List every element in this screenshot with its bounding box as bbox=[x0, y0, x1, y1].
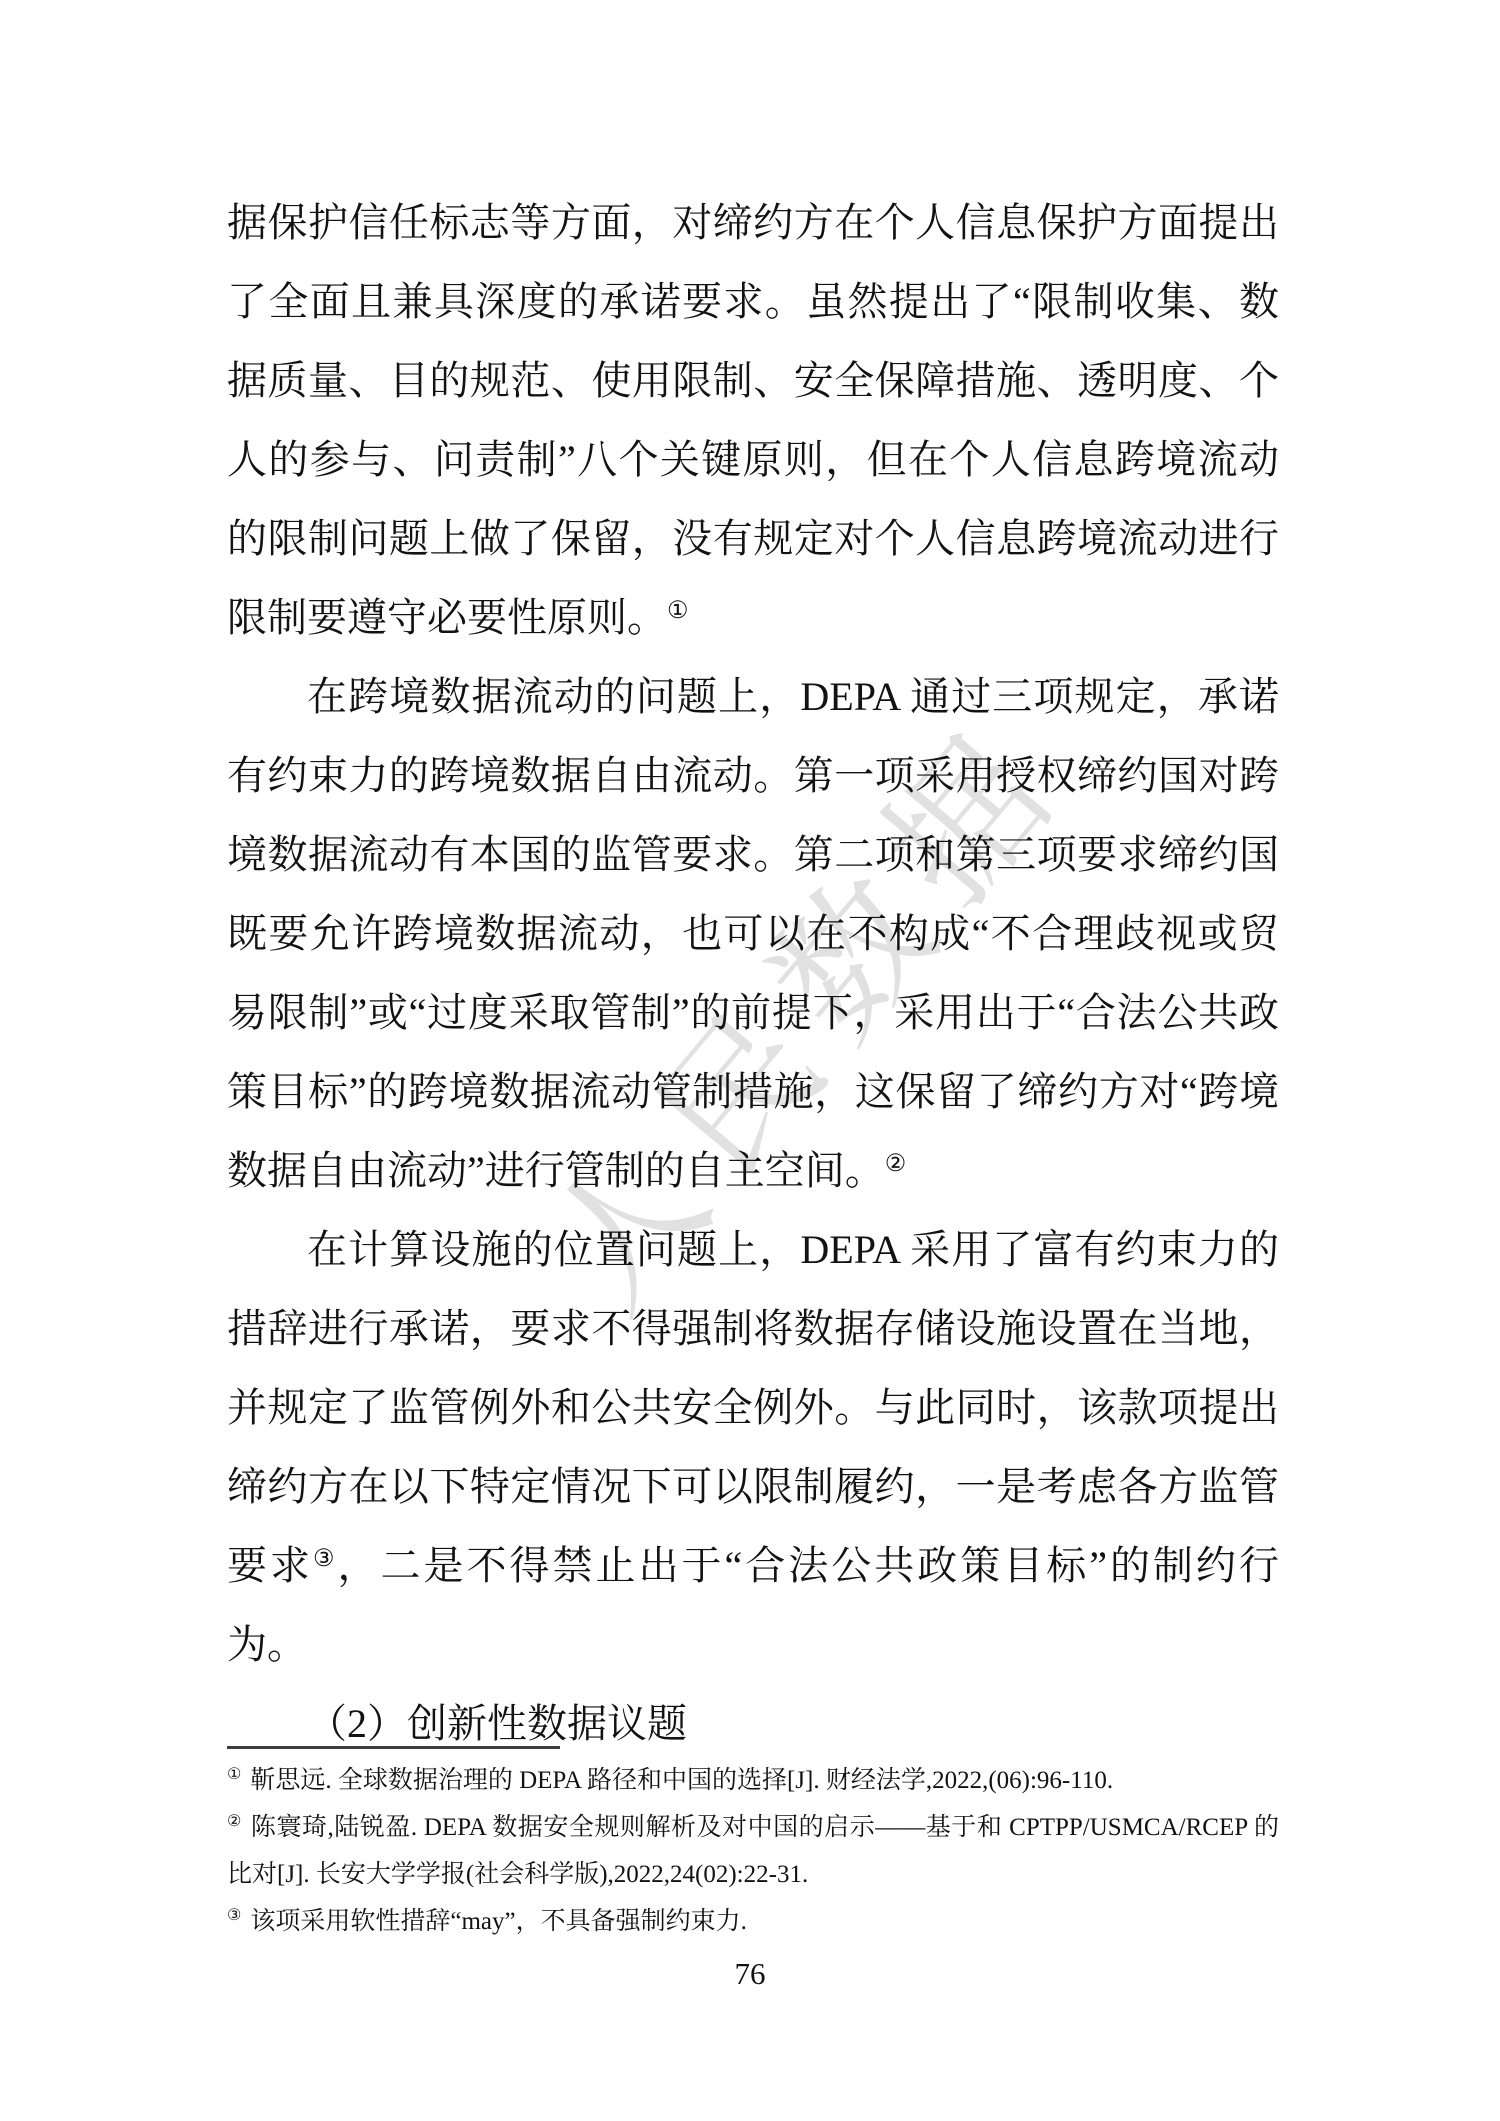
paragraph-3: 在计算设施的位置问题上，DEPA 采用了富有约束力的措辞进行承诺，要求不得强制将… bbox=[227, 1210, 1279, 1684]
paragraph-1: 据保护信任标志等方面，对缔约方在个人信息保护方面提出了全面且兼具深度的承诺要求。… bbox=[227, 183, 1279, 657]
footnote-ref-1: ① bbox=[667, 598, 689, 624]
body-text: 据保护信任标志等方面，对缔约方在个人信息保护方面提出了全面且兼具深度的承诺要求。… bbox=[227, 183, 1279, 1763]
footnote-3-marker: ③ bbox=[227, 1907, 241, 1924]
document-page: 人民数据 据保护信任标志等方面，对缔约方在个人信息保护方面提出了全面且兼具深度的… bbox=[0, 0, 1500, 2121]
footnote-3-text: 该项采用软性措辞“may”，不具备强制约束力. bbox=[250, 1908, 747, 1935]
paragraph-2: 在跨境数据流动的问题上，DEPA 通过三项规定，承诺有约束力的跨境数据自由流动。… bbox=[227, 657, 1279, 1210]
footnote-1: ①靳思远. 全球数据治理的 DEPA 路径和中国的选择[J]. 财经法学,202… bbox=[227, 1757, 1279, 1804]
paragraph-1-text: 据保护信任标志等方面，对缔约方在个人信息保护方面提出了全面且兼具深度的承诺要求。… bbox=[227, 200, 1279, 640]
paragraph-2-text: 在跨境数据流动的问题上，DEPA 通过三项规定，承诺有约束力的跨境数据自由流动。… bbox=[227, 674, 1279, 1193]
footnote-2-marker: ② bbox=[227, 1813, 242, 1830]
footnote-separator bbox=[227, 1746, 560, 1749]
paragraph-4-heading: （2）创新性数据议题 bbox=[227, 1684, 1279, 1763]
footnote-2-text: 陈寰琦,陆锐盈. DEPA 数据安全规则解析及对中国的启示——基于和 CPTPP… bbox=[227, 1814, 1279, 1888]
footnote-ref-2: ② bbox=[885, 1151, 907, 1177]
paragraph-3-text-b: ，二是不得禁止出于“合法公共政策目标”的制约行为。 bbox=[227, 1543, 1279, 1667]
paragraph-3-text-a: 在计算设施的位置问题上，DEPA 采用了富有约束力的措辞进行承诺，要求不得强制将… bbox=[227, 1227, 1279, 1588]
page-number: 76 bbox=[0, 1956, 1500, 1992]
footnote-1-marker: ① bbox=[227, 1766, 241, 1783]
paragraph-4-text: （2）创新性数据议题 bbox=[307, 1701, 687, 1746]
footnotes: ①靳思远. 全球数据治理的 DEPA 路径和中国的选择[J]. 财经法学,202… bbox=[227, 1757, 1279, 1945]
footnote-1-text: 靳思远. 全球数据治理的 DEPA 路径和中国的选择[J]. 财经法学,2022… bbox=[250, 1767, 1113, 1794]
footnote-3: ③该项采用软性措辞“may”，不具备强制约束力. bbox=[227, 1898, 1279, 1945]
footnote-2: ②陈寰琦,陆锐盈. DEPA 数据安全规则解析及对中国的启示——基于和 CPTP… bbox=[227, 1804, 1279, 1898]
footnote-ref-3: ③ bbox=[313, 1546, 338, 1572]
